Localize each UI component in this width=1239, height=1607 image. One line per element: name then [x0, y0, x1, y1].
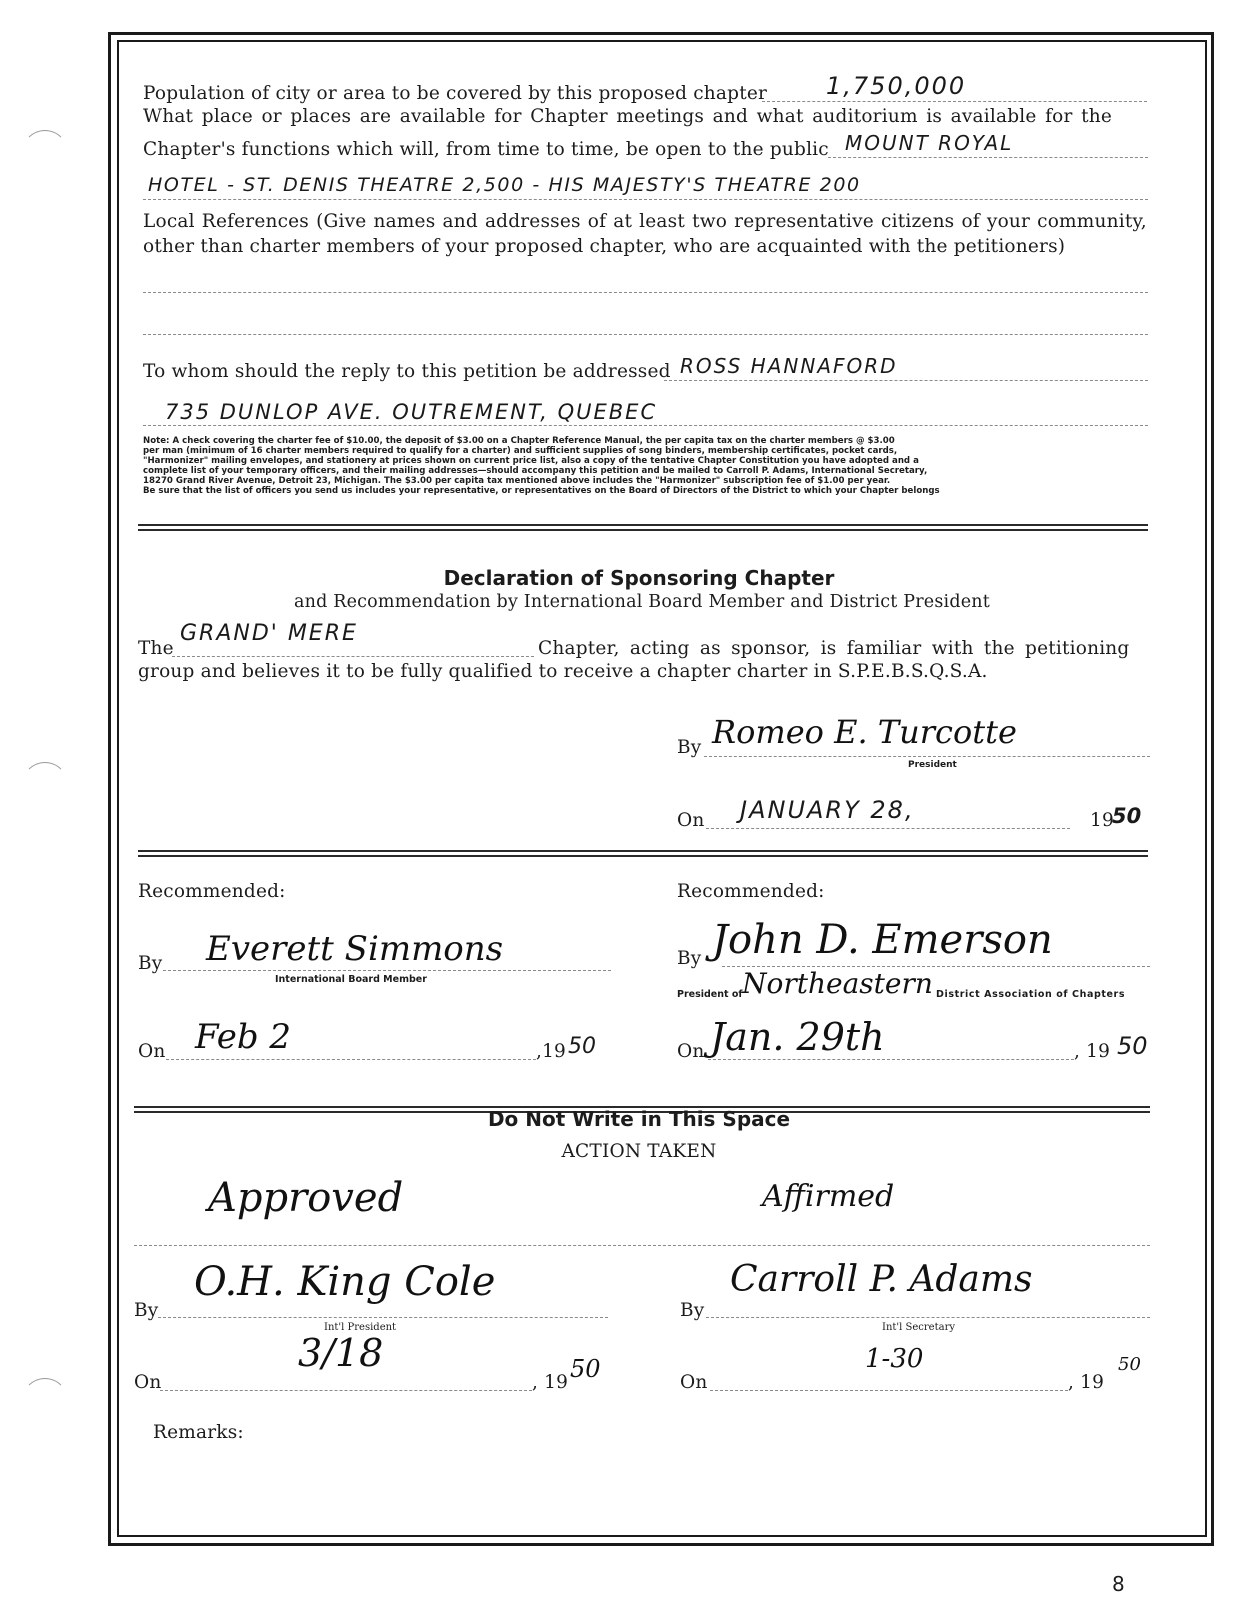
office-right-year-suffix[interactable]: 50: [1118, 1356, 1141, 1374]
office-right-action[interactable]: Affirmed: [762, 1182, 894, 1212]
office-right-signature-line[interactable]: [706, 1317, 1150, 1318]
office-right-date[interactable]: 1-30: [865, 1346, 923, 1372]
recommend-left-heading: Recommended:: [138, 883, 286, 902]
places-label-line1: What place or places are available for C…: [143, 108, 1112, 127]
recommend-left-year-suffix[interactable]: 50: [568, 1036, 596, 1058]
recommend-right-year-prefix: , 19: [1074, 1043, 1110, 1062]
recommend-left-year-prefix: ,19: [536, 1043, 566, 1062]
recommend-right-title-suffix: District Association of Chapters: [936, 989, 1125, 1000]
references-label-line2: other than charter members of your propo…: [143, 238, 1065, 257]
the-label: The: [138, 640, 174, 659]
office-right-on-label: On: [680, 1374, 707, 1393]
office-left-year-prefix: , 19: [532, 1374, 568, 1393]
reply-name-line[interactable]: [664, 380, 1148, 381]
office-subtitle: ACTION TAKEN: [0, 1143, 1239, 1162]
places-value-line1[interactable]: MOUNT ROYAL: [845, 133, 1013, 153]
reply-address-line[interactable]: [143, 425, 1148, 426]
recommend-right-heading: Recommended:: [677, 883, 825, 902]
sponsor-statement-line2: group and believes it to be fully qualif…: [138, 663, 988, 682]
office-left-on-label: On: [134, 1374, 161, 1393]
recommend-left-on-label: On: [138, 1043, 165, 1062]
recommend-right-by-label: By: [677, 950, 701, 969]
places-value-line2[interactable]: HOTEL - ST. DENIS THEATRE 2,500 - HIS MA…: [148, 176, 861, 195]
office-right-by-label: By: [680, 1302, 704, 1321]
recommend-right-year-suffix[interactable]: 50: [1117, 1034, 1148, 1058]
reply-label: To whom should the reply to this petitio…: [143, 363, 671, 382]
population-field-line[interactable]: [762, 101, 1147, 102]
office-left-date[interactable]: 3/18: [298, 1334, 383, 1372]
recommend-left-signature-line[interactable]: [163, 970, 611, 971]
sponsor-statement-line1: Chapter, acting as sponsor, is familiar …: [538, 640, 1129, 659]
population-label: Population of city or area to be covered…: [143, 85, 767, 104]
sponsor-signature-line[interactable]: [704, 756, 1150, 757]
office-left-by-label: By: [134, 1302, 158, 1321]
section-divider: [138, 850, 1148, 857]
recommend-right-signature[interactable]: John D. Emerson: [712, 920, 1053, 960]
places-label-line2: Chapter's functions which will, from tim…: [143, 141, 829, 160]
recommend-right-date-line[interactable]: [708, 1059, 1074, 1060]
page-border-inner: [117, 40, 1207, 1537]
fee-note: Note: A check covering the charter fee o…: [143, 437, 1149, 496]
office-left-signature[interactable]: O.H. King Cole: [194, 1262, 495, 1302]
office-right-signature[interactable]: Carroll P. Adams: [730, 1262, 1033, 1298]
sponsor-signature[interactable]: Romeo E. Turcotte: [712, 716, 1017, 748]
office-right-year-prefix: , 19: [1068, 1374, 1104, 1393]
office-title: Do Not Write in This Space: [0, 1107, 1239, 1131]
sponsor-chapter-line[interactable]: [172, 656, 534, 657]
remarks-area[interactable]: [153, 1446, 1148, 1526]
recommend-left-title: International Board Member: [275, 974, 427, 985]
sponsor-date-line[interactable]: [706, 828, 1070, 829]
sponsor-signer-title: President: [908, 760, 957, 770]
places-field-line1[interactable]: [828, 157, 1148, 158]
office-left-action[interactable]: Approved: [208, 1178, 403, 1218]
sponsor-subtitle: and Recommendation by International Boar…: [0, 594, 1239, 612]
reply-name[interactable]: ROSS HANNAFORD: [680, 356, 898, 376]
places-field-line2[interactable]: [143, 199, 1148, 200]
office-right-date-line[interactable]: [710, 1390, 1068, 1391]
office-left-date-line[interactable]: [160, 1390, 532, 1391]
sponsor-date[interactable]: JANUARY 28,: [740, 798, 915, 822]
office-left-signature-line[interactable]: [158, 1317, 608, 1318]
recommend-left-date-line[interactable]: [166, 1059, 536, 1060]
sponsor-chapter-name[interactable]: GRAND' MERE: [180, 623, 358, 645]
reply-address[interactable]: 735 DUNLOP AVE. OUTREMENT, QUEBEC: [165, 402, 657, 423]
recommend-right-date[interactable]: Jan. 29th: [710, 1018, 885, 1056]
population-value[interactable]: 1,750,000: [826, 74, 966, 98]
note-line: Be sure that the list of officers you se…: [143, 487, 1149, 497]
recommend-right-title-prefix: President of: [677, 989, 743, 1000]
references-field-line1[interactable]: [143, 292, 1148, 293]
punch-hole: [22, 1378, 68, 1424]
recommend-left-date[interactable]: Feb 2: [195, 1020, 291, 1054]
section-divider: [138, 524, 1148, 531]
page-number: 8: [1112, 1572, 1125, 1596]
sponsor-on-label: On: [677, 812, 704, 831]
punch-hole: [22, 762, 68, 808]
sponsor-year-prefix: 19: [1090, 812, 1114, 831]
sponsor-by-label: By: [677, 739, 701, 758]
references-label-line1: Local References (Give names and address…: [143, 213, 1147, 232]
office-right-title: Int'l Secretary: [882, 1322, 955, 1333]
sponsor-title: Declaration of Sponsoring Chapter: [0, 566, 1239, 590]
recommend-right-district[interactable]: Northeastern: [742, 970, 933, 998]
references-field-line2[interactable]: [143, 334, 1148, 335]
recommend-left-by-label: By: [138, 955, 162, 974]
punch-hole: [22, 130, 68, 176]
remarks-label: Remarks:: [153, 1424, 244, 1443]
action-line[interactable]: [134, 1245, 1150, 1246]
office-left-year-suffix[interactable]: 50: [570, 1357, 601, 1381]
sponsor-year-suffix[interactable]: 50: [1112, 806, 1141, 827]
recommend-right-on-label: On: [677, 1043, 704, 1062]
recommend-left-signature[interactable]: Everett Simmons: [206, 932, 503, 966]
